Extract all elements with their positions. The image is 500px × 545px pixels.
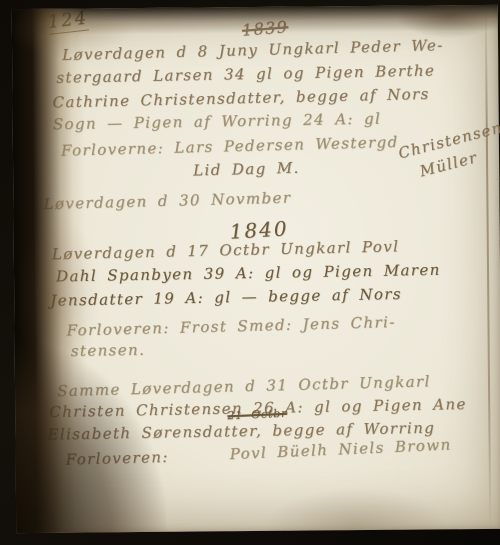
handwritten-line: stergaard Larsen 34 gl og Pigen Berthe: [56, 61, 435, 86]
page-right-edge: [485, 5, 492, 529]
handwritten-line: Forloverne: Lars Pedersen Westergd: [61, 133, 399, 160]
handwritten-line: Forloveren: Frost Smed: Jens Chri-: [66, 313, 396, 340]
page-top-shadow: [12, 5, 498, 35]
handwritten-line: Dahl Spanbyen 39 A: gl og Pigen Maren: [56, 261, 441, 286]
register-page-scan: 124 1839 Løverdagen d 8 Juny Ungkarl Ped…: [0, 0, 500, 545]
handwritten-line: Lid Dag M.: [193, 159, 300, 180]
insertion-note: 21 Octbr: [227, 407, 287, 423]
handwritten-line: Løverdagen d 8 Juny Ungkarl Peder We-: [62, 36, 444, 64]
book-page: 124 1839 Løverdagen d 8 Juny Ungkarl Ped…: [12, 5, 500, 533]
handwritten-line: Jensdatter 19 A: gl — begge af Nors: [50, 285, 402, 310]
gutter-bottom-smudge: [15, 342, 167, 533]
handwritten-line: Løverdagen d 17 Octbr Ungkarl Povl: [52, 237, 400, 263]
handwritten-line: Cathrine Christensdatter, begge af Nors: [52, 85, 430, 112]
handwritten-line: Sogn — Pigen af Worring 24 A: gl: [53, 109, 382, 133]
